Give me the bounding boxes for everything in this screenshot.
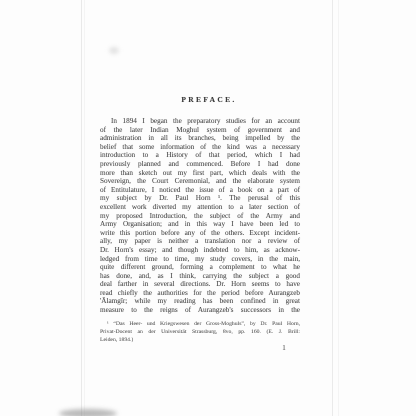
text-line: has done, and, as I think, carrying the … [100,272,300,281]
scanned-book-page: PREFACE. In 1894 I began the preparatory… [0,0,416,416]
scan-smudge [109,47,119,54]
footnote-line: Leiden, 1894.) [100,336,300,344]
text-line: introduction to a History of that period… [100,151,300,160]
preface-paragraph: In 1894 I began the preparatory studies … [100,117,300,315]
text-line: Army Organisation; and in this way I hav… [100,220,300,229]
scan-smudge [59,409,117,416]
text-line: ledged from time to time, my study cover… [100,255,300,264]
page-edge-line [81,0,82,416]
text-line: excellent work diverted my attention to … [100,203,300,212]
text-line: Sovereign, the Court Ceremonial, and the… [100,177,300,186]
text-line: measure to the reigns of Aurangzeb's suc… [100,306,300,315]
text-line: In 1894 I began the preparatory studies … [100,117,300,126]
text-line: more than sketch out my first part, whic… [100,169,300,178]
text-line: of the later Indian Moghul system of gov… [100,126,300,135]
footnote-line: ¹ “Das Heer- und Kriegswesen der Gross-M… [100,320,300,328]
text-line: quite different ground, forming a comple… [100,263,300,272]
page-edge-line [338,0,339,416]
page-number: 1 [278,344,290,352]
footnote: ¹ “Das Heer- und Kriegswesen der Gross-M… [100,320,300,345]
text-line: administration in all its branches, bein… [100,134,300,143]
text-line: Dr. Horn's essay; and though indebted to… [100,246,300,255]
text-line: ally, my paper is neither a translation … [100,237,300,246]
page-edge-line [332,0,333,416]
text-line: deal farther in several directions. Dr. … [100,280,300,289]
footnote-line: Privat-Docent an der Universität Strassb… [100,328,300,336]
text-line: my subject by Dr. Paul Horn ¹. The perus… [100,194,300,203]
page-edge-line [84,0,85,416]
page-title: PREFACE. [100,95,300,104]
text-line: 'Ālamgīr; while my reading has been conf… [100,297,300,306]
text-line: previously planned and commenced. Before… [100,160,300,169]
text-line: my proposed Introduction, the subject of… [100,212,300,221]
